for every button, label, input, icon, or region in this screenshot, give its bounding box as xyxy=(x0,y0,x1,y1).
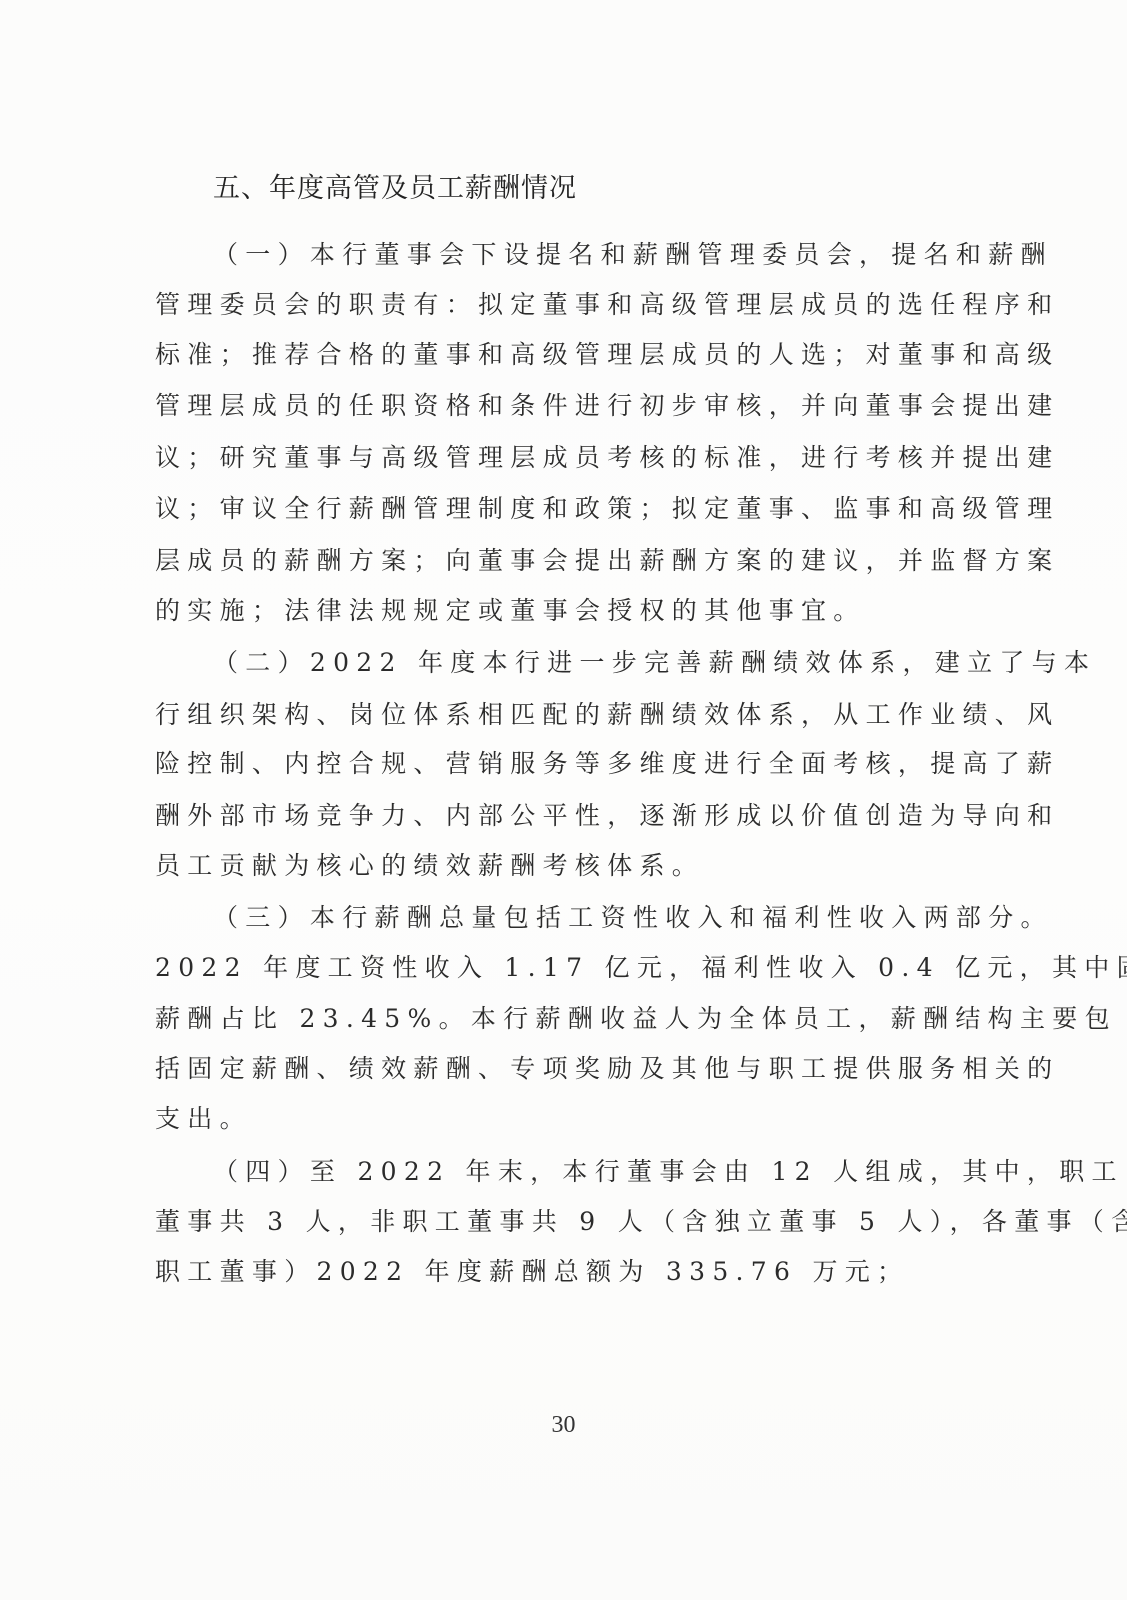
page-number: 30 xyxy=(0,1412,1127,1439)
paragraph-3-line: （三）本行薪酬总量包括工资性收入和福利性收入两部分。 xyxy=(213,903,985,933)
paragraph-3-line: 支出。 xyxy=(155,1104,985,1134)
paragraph-1-line: （一）本行董事会下设提名和薪酬管理委员会，提名和薪酬 xyxy=(213,240,985,270)
paragraph-2-line: （二）2022 年度本行进一步完善薪酬绩效体系，建立了与本 xyxy=(213,648,985,678)
paragraph-3-line: 薪酬占比 23.45%。本行薪酬收益人为全体员工，薪酬结构主要包 xyxy=(155,1004,985,1034)
paragraph-1-line: 标准；推荐合格的董事和高级管理层成员的人选；对董事和高级 xyxy=(155,340,985,370)
paragraph-1-line: 的实施；法律法规规定或董事会授权的其他事宜。 xyxy=(155,596,985,626)
paragraph-2-line: 行组织架构、岗位体系相匹配的薪酬绩效体系，从工作业绩、风 xyxy=(155,700,985,730)
section-heading: 五、年度高管及员工薪酬情况 xyxy=(213,166,577,205)
paragraph-4-line: （四）至 2022 年末，本行董事会由 12 人组成，其中，职工 xyxy=(213,1157,985,1187)
paragraph-1-line: 议；审议全行薪酬管理制度和政策；拟定董事、监事和高级管理 xyxy=(155,494,985,524)
paragraph-3-line: 2022 年度工资性收入 1.17 亿元，福利性收入 0.4 亿元，其中固定 xyxy=(155,953,985,983)
paragraph-4-line: 职工董事）2022 年度薪酬总额为 335.76 万元； xyxy=(155,1257,985,1287)
paragraph-1-line: 管理层成员的任职资格和条件进行初步审核，并向董事会提出建 xyxy=(155,391,985,421)
paragraph-1-line: 层成员的薪酬方案；向董事会提出薪酬方案的建议，并监督方案 xyxy=(155,546,985,576)
paragraph-4-line: 董事共 3 人，非职工董事共 9 人（含独立董事 5 人），各董事（含 xyxy=(155,1207,985,1237)
paragraph-1-line: 议；研究董事与高级管理层成员考核的标准，进行考核并提出建 xyxy=(155,443,985,473)
paragraph-3-line: 括固定薪酬、绩效薪酬、专项奖励及其他与职工提供服务相关的 xyxy=(155,1054,985,1084)
document-page: 五、年度高管及员工薪酬情况 （一）本行董事会下设提名和薪酬管理委员会，提名和薪酬… xyxy=(0,0,1127,1600)
paragraph-1-line: 管理委员会的职责有：拟定董事和高级管理层成员的选任程序和 xyxy=(155,290,985,320)
paragraph-2-line: 险控制、内控合规、营销服务等多维度进行全面考核，提高了薪 xyxy=(155,749,985,779)
paragraph-2-line: 员工贡献为核心的绩效薪酬考核体系。 xyxy=(155,851,985,881)
paragraph-2-line: 酬外部市场竞争力、内部公平性，逐渐形成以价值创造为导向和 xyxy=(155,801,985,831)
